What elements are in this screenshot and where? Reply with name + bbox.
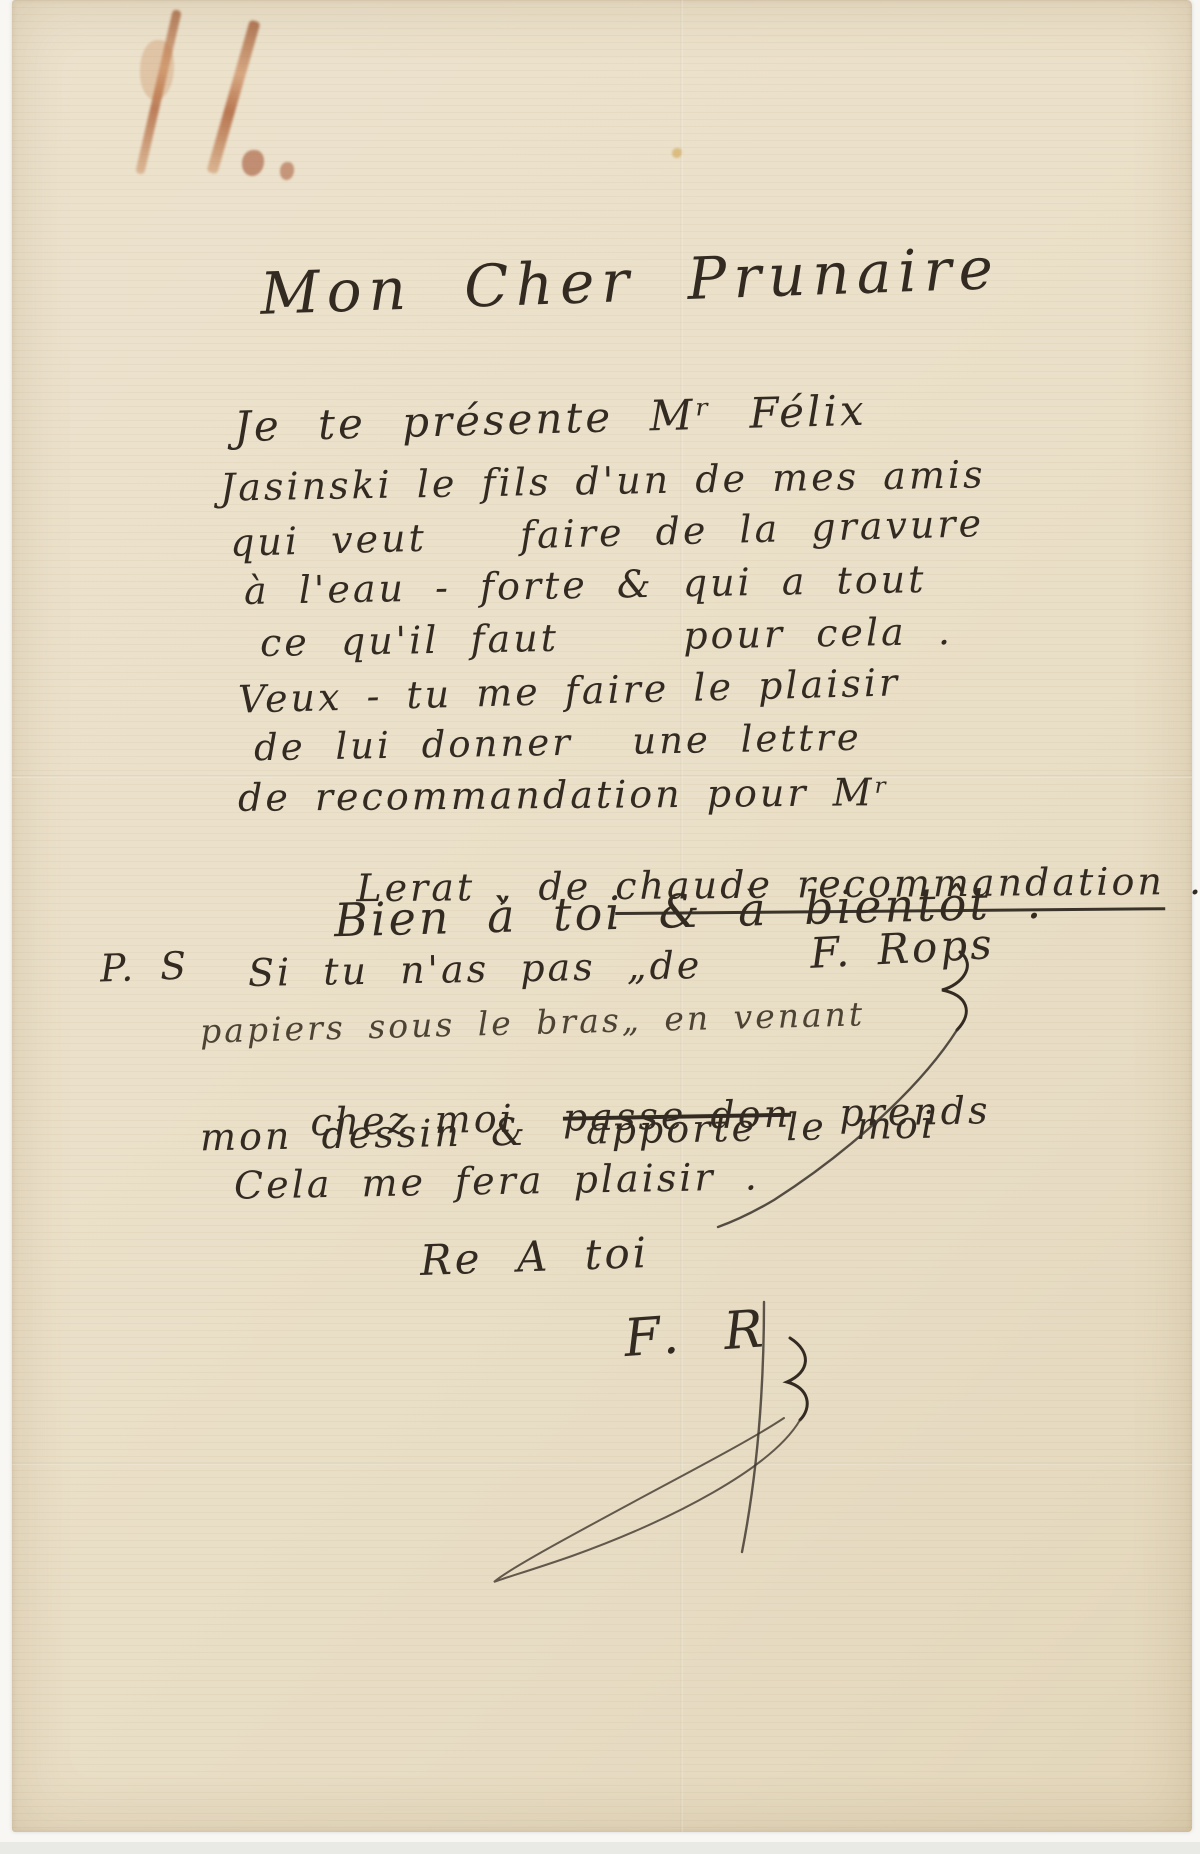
scan-background-strip — [0, 1842, 1200, 1854]
body-line: de lui donner une lettre — [254, 719, 862, 767]
letter-paper: Mon Cher Prunaire Je te présente Mʳ Féli… — [12, 0, 1192, 1832]
body-line: Veux - tu me faire le plaisir — [238, 663, 901, 718]
ps-line: papiers sous le bras„ en venant — [200, 997, 866, 1047]
final-signature: F. R — [622, 1303, 774, 1365]
signature: F. Rops — [809, 923, 996, 975]
body-line: à l'eau - forte & qui a tout — [244, 560, 927, 610]
fold-crease-horizontal — [12, 1462, 1192, 1465]
body-line: Je te présente Mʳ Félix — [234, 390, 868, 449]
farewell-line: Re A toi — [419, 1232, 649, 1282]
body-line: de recommandation pour Mʳ — [238, 773, 891, 817]
lerat-period: . — [1165, 859, 1200, 903]
body-line: Jasinski le fils d'un de mes amis — [220, 455, 986, 506]
ps-line: Cela me fera plaisir . — [234, 1157, 760, 1204]
rust-stain-blob — [280, 162, 294, 180]
body-line: ce qu'il faut pour cela . — [260, 612, 953, 662]
ps-label: P. S — [99, 946, 189, 987]
body-line: qui veut faire de la gravure — [230, 504, 985, 562]
salutation: Mon Cher Prunaire — [259, 239, 1001, 323]
rust-stain-blob — [140, 40, 174, 100]
rust-stain-blob — [242, 150, 264, 176]
ps-line: Si tu n'as pas „de — [248, 946, 703, 992]
